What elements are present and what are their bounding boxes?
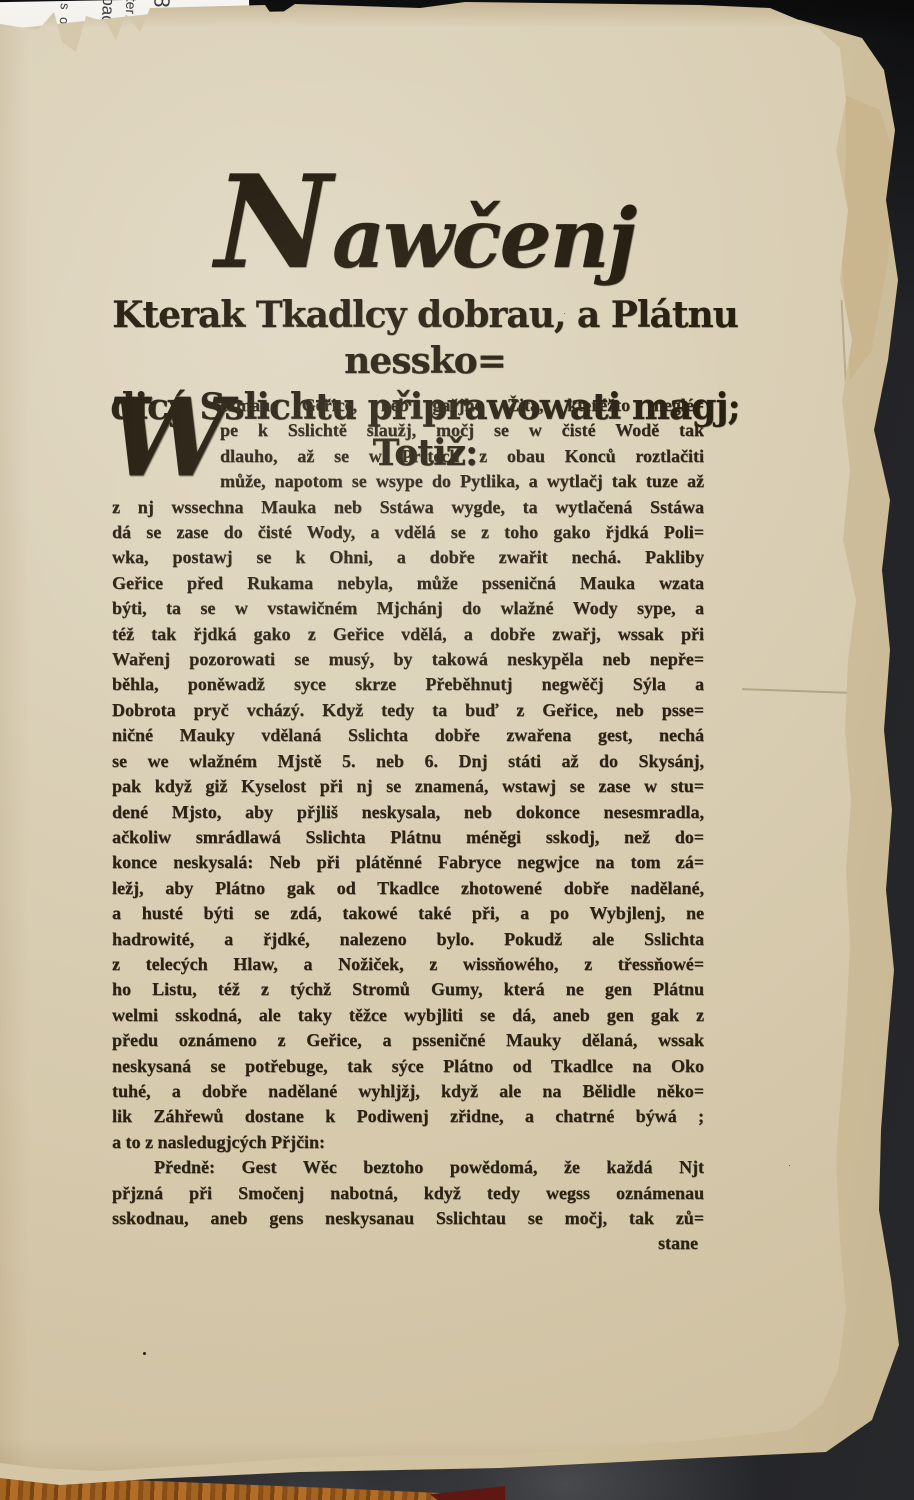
paper-speck <box>143 1352 146 1355</box>
body-line: neskysaná se potřebuge, tak sýce Plátno … <box>112 1054 704 1079</box>
body-line: lik Záhřewů dostane k Podiwenj zřidne, a… <box>112 1104 704 1129</box>
body-line: dené Mjsto, aby přjliš neskysala, neb do… <box>112 800 704 825</box>
body-line: hadrowité, a řjdké, nalezeno bylo. Pokud… <box>112 927 704 952</box>
body-line: Wařenj pozorowati se musý, by takowá nes… <box>112 647 704 672</box>
body-line: ničné Mauky vdělaná Sslichta dobře zwaře… <box>112 723 704 748</box>
body-line: pak když giž Kyselost při nj se znamená,… <box>112 774 704 799</box>
body-lines: ezmauc Geřice, neb gařjho Žita, kteréžto… <box>112 393 704 1231</box>
body-line: přjzná při Smočenj nabotná, když tedy we… <box>112 1181 704 1206</box>
title-initial: N <box>215 148 332 298</box>
body-line: a husté býti se zdá, takowé také při, a … <box>112 901 704 926</box>
drop-cap-initial: W <box>112 395 212 471</box>
body-line: konce neskysalá: Neb při plátěnné Fabryc… <box>112 850 704 875</box>
book-spine-sliver <box>430 1486 505 1500</box>
body-line: wka, postawj se k Ohni, a dobře zwařit n… <box>112 545 704 570</box>
body-text: W ezmauc Geřice, neb gařjho Žita, kteréž… <box>112 393 704 1257</box>
label-fragment: ter <box>123 0 140 15</box>
body-line: Dobrota pryč vcházý. Když tedy ta buď z … <box>112 698 704 723</box>
paper-crease <box>742 688 850 694</box>
body-line: se we wlažném Mjstě 5. neb 6. Dnj státi … <box>112 749 704 774</box>
body-line: dá se zase do čisté Wody, a vdělá se z t… <box>112 520 704 545</box>
subtitle-line-1: Kterak Tkadlcy dobrau, a Plátnu nessko= <box>95 292 755 384</box>
body-line: z nj wssechna Mauka neb Sstáwa wygde, ta… <box>112 495 704 520</box>
body-line: z telecých Hlaw, a Nožiček, z wissňowého… <box>112 952 704 977</box>
body-line: ačkoliw smrádlawá Sslichta Plátnu méněgi… <box>112 825 704 850</box>
title-rest: awčenj <box>332 191 635 287</box>
body-line: tuhé, a dobře nadělané wyhljžj, když ale… <box>112 1079 704 1104</box>
photo-background: 8743 bach ter s o Nawčenj Kterak Tkadlcy… <box>0 0 914 1500</box>
body-line: býti, ta se w vstawičném Mjchánj do wlaž… <box>112 596 704 621</box>
body-line: Geřice před Rukama nebyla, může psseničn… <box>112 571 704 596</box>
body-line: též tak řjdká gako z Geřice vdělá, a dob… <box>112 622 704 647</box>
catchword: stane <box>112 1231 704 1256</box>
body-line: sskodnau, aneb gens neskysanau Sslichtau… <box>112 1206 704 1231</box>
body-line: předu oznámeno z Geřice, a psseničné Mau… <box>112 1028 704 1053</box>
body-line: ležj, aby Plátno gak od Tkadlce zhotowen… <box>112 876 704 901</box>
body-line: welmi sskodná, ale taky těžce wybjliti s… <box>112 1003 704 1028</box>
body-line: běhla, poněwadž syce skrze Přeběhnutj ne… <box>112 672 704 697</box>
document-page: Nawčenj Kterak Tkadlcy dobrau, a Plátnu … <box>0 0 914 1500</box>
body-line: ho Listu, též z týchž Stromů Gumy, která… <box>112 977 704 1002</box>
body-line: Předně: Gest Wěc beztoho powědomá, že ka… <box>112 1155 704 1180</box>
body-line: a to z nasledugjcých Přjčin: <box>112 1130 704 1155</box>
